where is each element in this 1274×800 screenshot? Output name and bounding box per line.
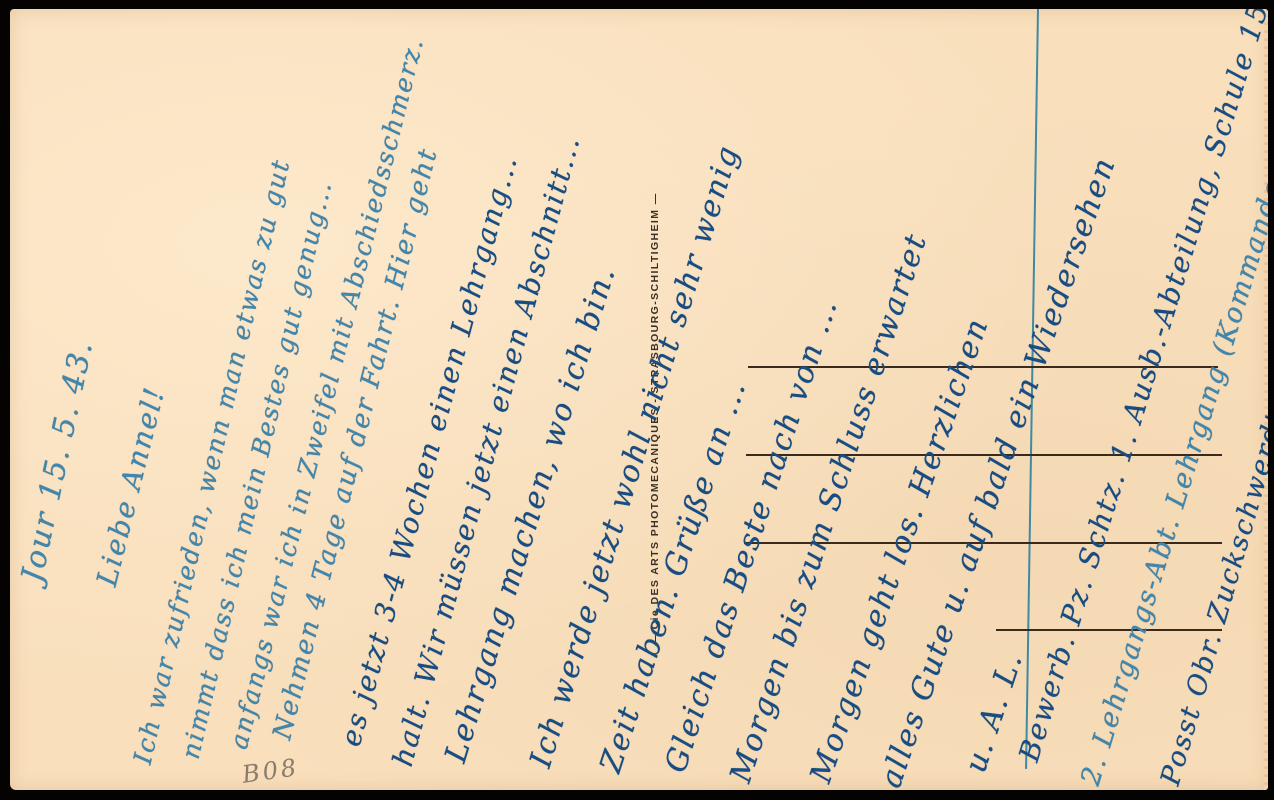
postcard-back: — Cie DES ARTS PHOTOMECANIQUES - STRASBO… [10,9,1268,790]
handwritten-date: Jour 15. 5. 43. [15,337,100,585]
pencil-note: B08 [240,753,301,789]
handwritten-salutation: Liebe Annel! [90,383,172,589]
deckle-edge [1264,9,1268,790]
message-line-3: anfangs war ich in Zweifel mit Abschieds… [224,34,429,752]
address-line-2 [746,454,1222,456]
address-line-4 [996,629,1222,631]
